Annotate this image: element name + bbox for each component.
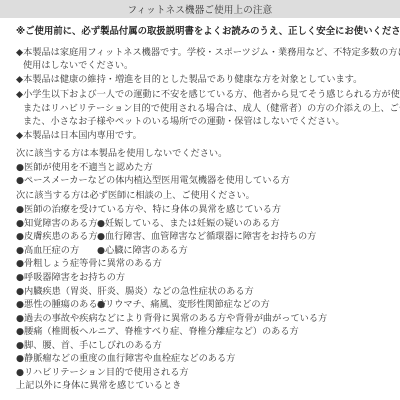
diamond-item-3-line-1: ◆小学生以下および一人での運動に不安を感じている方、他者から見てそう感じられる方… (16, 89, 396, 101)
consult-intro: 次に該当する方は必ず医師に相談の上、ご使用ください。 (16, 190, 396, 202)
consult-row: ●知覚障害のある方●妊娠している、または妊娠の疑いのある方 (16, 218, 396, 230)
diamond-item-2: ◆本製品は健康の維持・増進を目的とした製品であり健康な方を対象としています。 (16, 74, 396, 86)
consult-row: ●骨粗しょう症等骨に異常のある方 (16, 258, 396, 270)
prohibited-item: ●医師が使用を不適当と認めた方 (16, 162, 396, 174)
consult-row: ●リハビリテーション目的で使用される方 (16, 367, 396, 379)
diamond-item-3-line-3: また、小さなお子様やペットのいる場所での運動・保管はしないでください。 (23, 116, 396, 128)
diamond-item-3-line-2: またはリハビリテーション目的で使用される場合は、成人（健常者）の方の介添えの上、… (23, 103, 396, 115)
consult-footer: 上記以外に身体に異常を感じているとき (16, 380, 396, 392)
consult-row: ●静脈瘤などの重度の血行障害や血栓症などのある方 (16, 353, 396, 365)
diamond-item-1-line-2: 使用はしないでください。 (23, 60, 396, 72)
page-title: フィットネス機器ご使用上の注意 (128, 2, 273, 16)
consult-row: ●悪性の腫瘍のある方●リウマチ、痛風、変形性関節症などの方 (16, 299, 396, 311)
prohibited-intro: 次に該当する方は本製品を使用しないでください。 (16, 148, 396, 160)
page-header: フィットネス機器ご使用上の注意 (0, 0, 400, 18)
consult-row: ●内臓疾患（胃炎、肝炎、腸炎）などの急性症状のある方 (16, 286, 396, 298)
diamond-item-1-line-1: ◆本製品は家庭用フィットネス機器です。学校・スポーツジム・業務用など、不特定多数… (16, 47, 396, 59)
consult-row: ●呼吸器障害をお持ちの方 (16, 272, 396, 284)
prohibited-item: ●ペースメーカーなどの体内植込型医用電気機器を使用している方 (16, 175, 396, 187)
consult-row: ●皮膚疾患のある方●血行障害、血管障害など循環器に障害をお持ちの方 (16, 231, 396, 243)
consult-row: ●脚、腰、首、手にしびれのある方 (16, 340, 396, 352)
consult-row: ●高血圧症の方●心臓に障害のある方 (16, 245, 396, 257)
diamond-item-4: ◆本製品は日本国内専用です。 (16, 130, 396, 142)
consult-row: ●医師の治療を受けている方や、特に身体の異常を感じている方 (16, 204, 396, 216)
usage-notice: ※ご使用前に、必ず製品付属の取扱説明書をよくお読みのうえ、正しく安全にお使いくだ… (16, 26, 396, 38)
consult-row: ●過去の事故や疾病などにより背骨に異常のある方や背骨が曲がっている方 (16, 313, 396, 325)
consult-row: ●腰痛（椎間板ヘルニア、脊椎すべり症、脊椎分離症など）のある方 (16, 326, 396, 338)
